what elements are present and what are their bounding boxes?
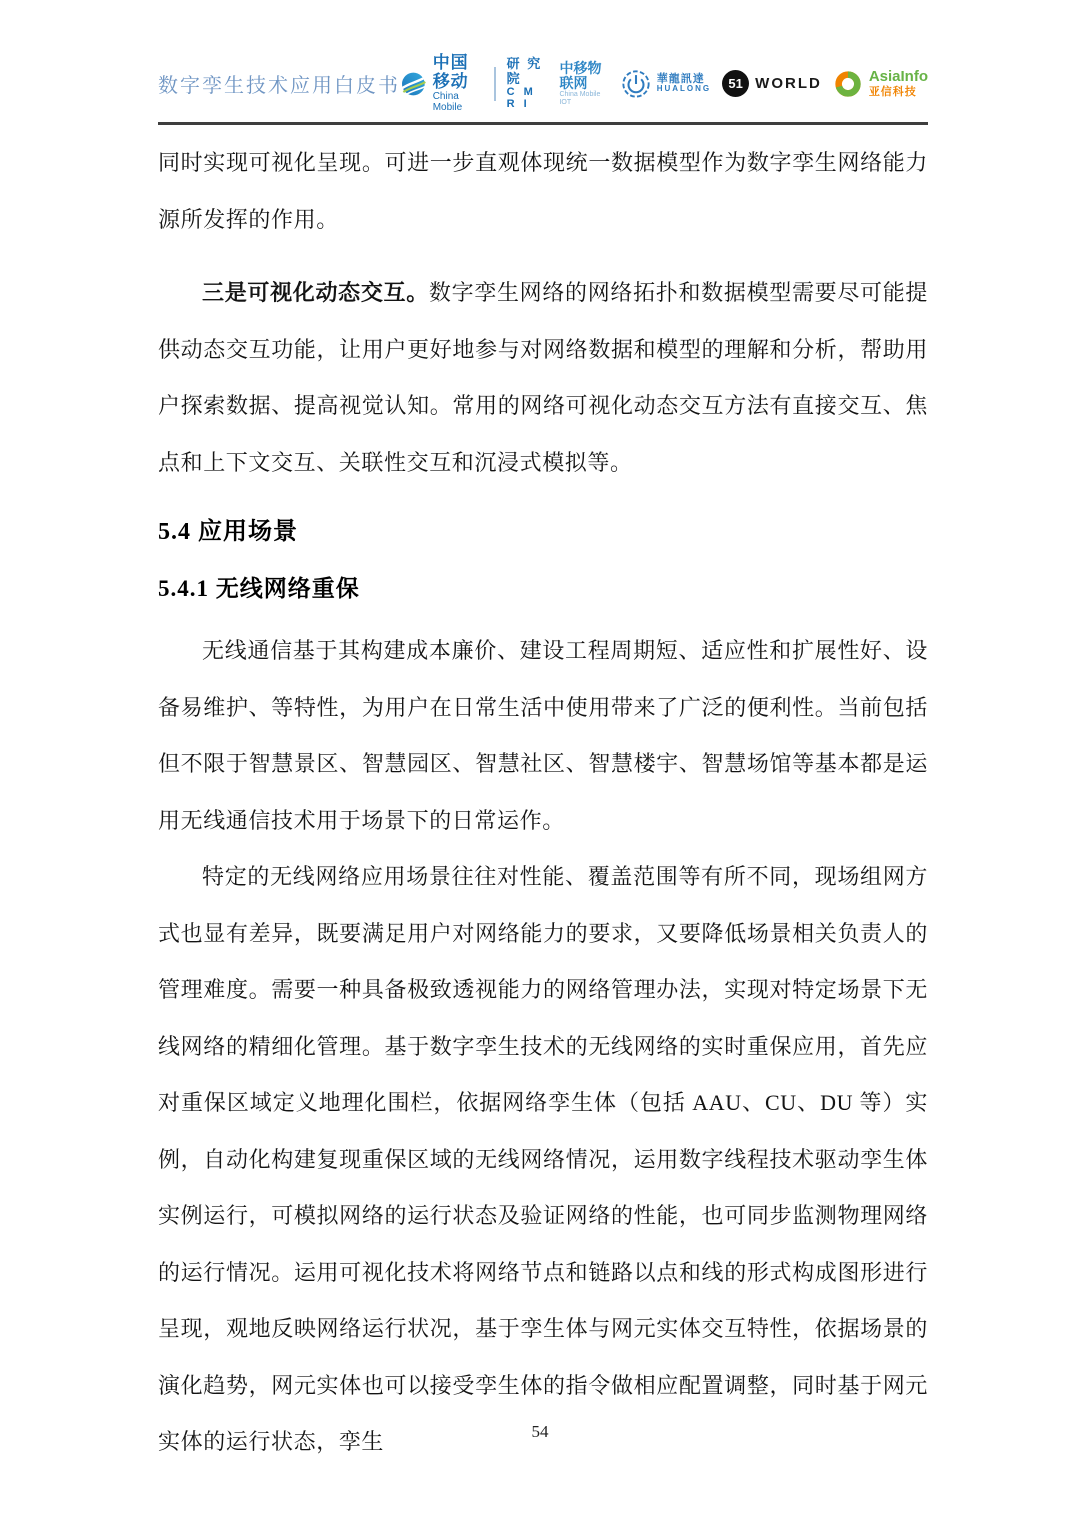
paragraph-scenario-detail: 特定的无线网络应用场景往往对性能、覆盖范围等有所不同，现场组网方式也显有差异，既… xyxy=(158,849,928,1471)
hualong-en: HUALONG xyxy=(657,85,711,94)
hualong-logo: 華龍訊達 HUALONG xyxy=(621,69,711,99)
51-badge-icon: 51 xyxy=(722,70,749,97)
paragraph-visual-interaction: 三是可视化动态交互。数字孪生网络的网络拓扑和数据模型需要尽可能提供动态交互功能，… xyxy=(158,265,928,491)
china-mobile-iot-cn: 中移物联网 xyxy=(559,61,609,92)
china-mobile-icon xyxy=(400,65,427,103)
asiainfo-ring-icon xyxy=(833,69,863,99)
china-mobile-en: China Mobile xyxy=(433,91,484,113)
cmri-en: C M R I xyxy=(507,86,549,110)
paragraph-text: 数字孪生网络的网络拓扑和数据模型需要尽可能提供动态交互功能，让用户更好地参与对网… xyxy=(158,280,928,475)
china-mobile-cn: 中国移动 xyxy=(433,54,484,91)
51world-logo: 51 WORLD xyxy=(722,70,822,97)
asiainfo-logo: AsiaInfo 亚信科技 xyxy=(833,69,928,99)
asiainfo-cn: 亚信科技 xyxy=(869,86,928,98)
document-body: 同时实现可视化呈现。可进一步直观体现统一数据模型作为数字孪生网络能力源所发挥的作… xyxy=(158,135,928,1471)
page-footer: 54 xyxy=(0,1422,1080,1442)
cmri-logo: 研 究 院 C M R I xyxy=(507,57,549,110)
document-page: 数字孪生技术应用白皮书 中国移动 xyxy=(0,0,1080,1527)
asiainfo-en: AsiaInfo xyxy=(869,69,928,86)
paragraph-continuation: 同时实现可视化呈现。可进一步直观体现统一数据模型作为数字孪生网络能力源所发挥的作… xyxy=(158,135,928,248)
paragraph-text: 同时实现可视化呈现。可进一步直观体现统一数据模型作为数字孪生网络能力源所发挥的作… xyxy=(158,150,928,232)
page-header: 数字孪生技术应用白皮书 中国移动 xyxy=(158,0,928,125)
page-number: 54 xyxy=(532,1422,549,1441)
paragraph-lead: 三是可视化动态交互。 xyxy=(202,280,429,305)
hualong-gear-icon xyxy=(621,69,651,99)
logo-bar: 中国移动 China Mobile 研 究 院 C M R I 中移物联网 Ch… xyxy=(400,54,928,113)
china-mobile-iot-logo: 中移物联网 China Mobile IOT xyxy=(559,61,609,107)
china-mobile-iot-en: China Mobile IOT xyxy=(559,91,609,106)
section-heading-5-4-1: 5.4.1 无线网络重保 xyxy=(158,561,928,618)
51world-text: WORLD xyxy=(755,75,822,92)
logo-divider xyxy=(494,67,495,101)
section-heading-5-4: 5.4 应用场景 xyxy=(158,504,928,561)
cmri-cn: 研 究 院 xyxy=(507,57,549,86)
document-title: 数字孪生技术应用白皮书 xyxy=(158,69,400,98)
china-mobile-logo: 中国移动 China Mobile xyxy=(400,54,483,113)
paragraph-wireless-intro: 无线通信基于其构建成本廉价、建设工程周期短、适应性和扩展性好、设备易维护、等特性… xyxy=(158,623,928,849)
